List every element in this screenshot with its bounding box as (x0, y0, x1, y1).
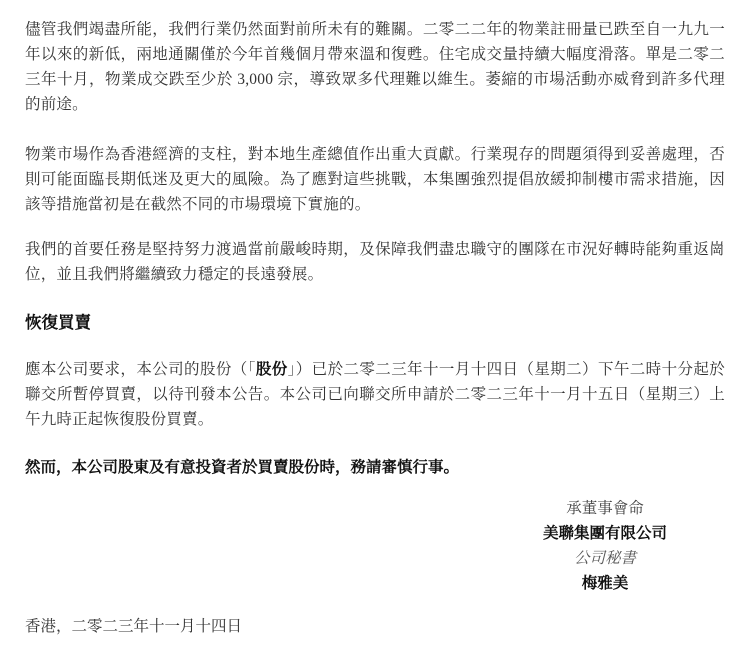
paragraph-market-difficulties: 儘管我們竭盡所能，我們行業仍然面對前所未有的難關。二零二二年的物業註冊量已跌至自… (25, 17, 725, 117)
signature-title: 公司秘書 (505, 546, 705, 571)
paragraph-property-market-pillar: 物業市場作為香港經濟的支柱，對本地生產總值作出重大貢獻。行業現存的問題須得到妥善… (25, 142, 725, 217)
defined-term-shares: 股份 (256, 361, 288, 378)
caution-warning: 然而，本公司股東及有意投資者於買賣股份時，務請審慎行事。 (25, 455, 459, 480)
place-and-date: 香港，二零二三年十一月十四日 (25, 614, 242, 639)
signature-company-name: 美聯集團有限公司 (505, 521, 705, 546)
resumption-text-before: 應本公司要求，本公司的股份（「 (25, 361, 256, 378)
signature-block: 承董事會命 美聯集團有限公司 公司秘書 梅雅美 (505, 496, 705, 596)
signature-by-order: 承董事會命 (505, 496, 705, 521)
paragraph-resumption-of-trading: 應本公司要求，本公司的股份（「股份」）已於二零二三年十一月十四日（星期二）下午二… (25, 357, 725, 432)
paragraph-priorities: 我們的首要任務是堅持努力渡過當前嚴峻時期，及保障我們盡忠職守的團隊在市況好轉時能… (25, 237, 725, 287)
signature-name: 梅雅美 (505, 571, 705, 596)
section-heading-resumption: 恢復買賣 (25, 311, 91, 336)
